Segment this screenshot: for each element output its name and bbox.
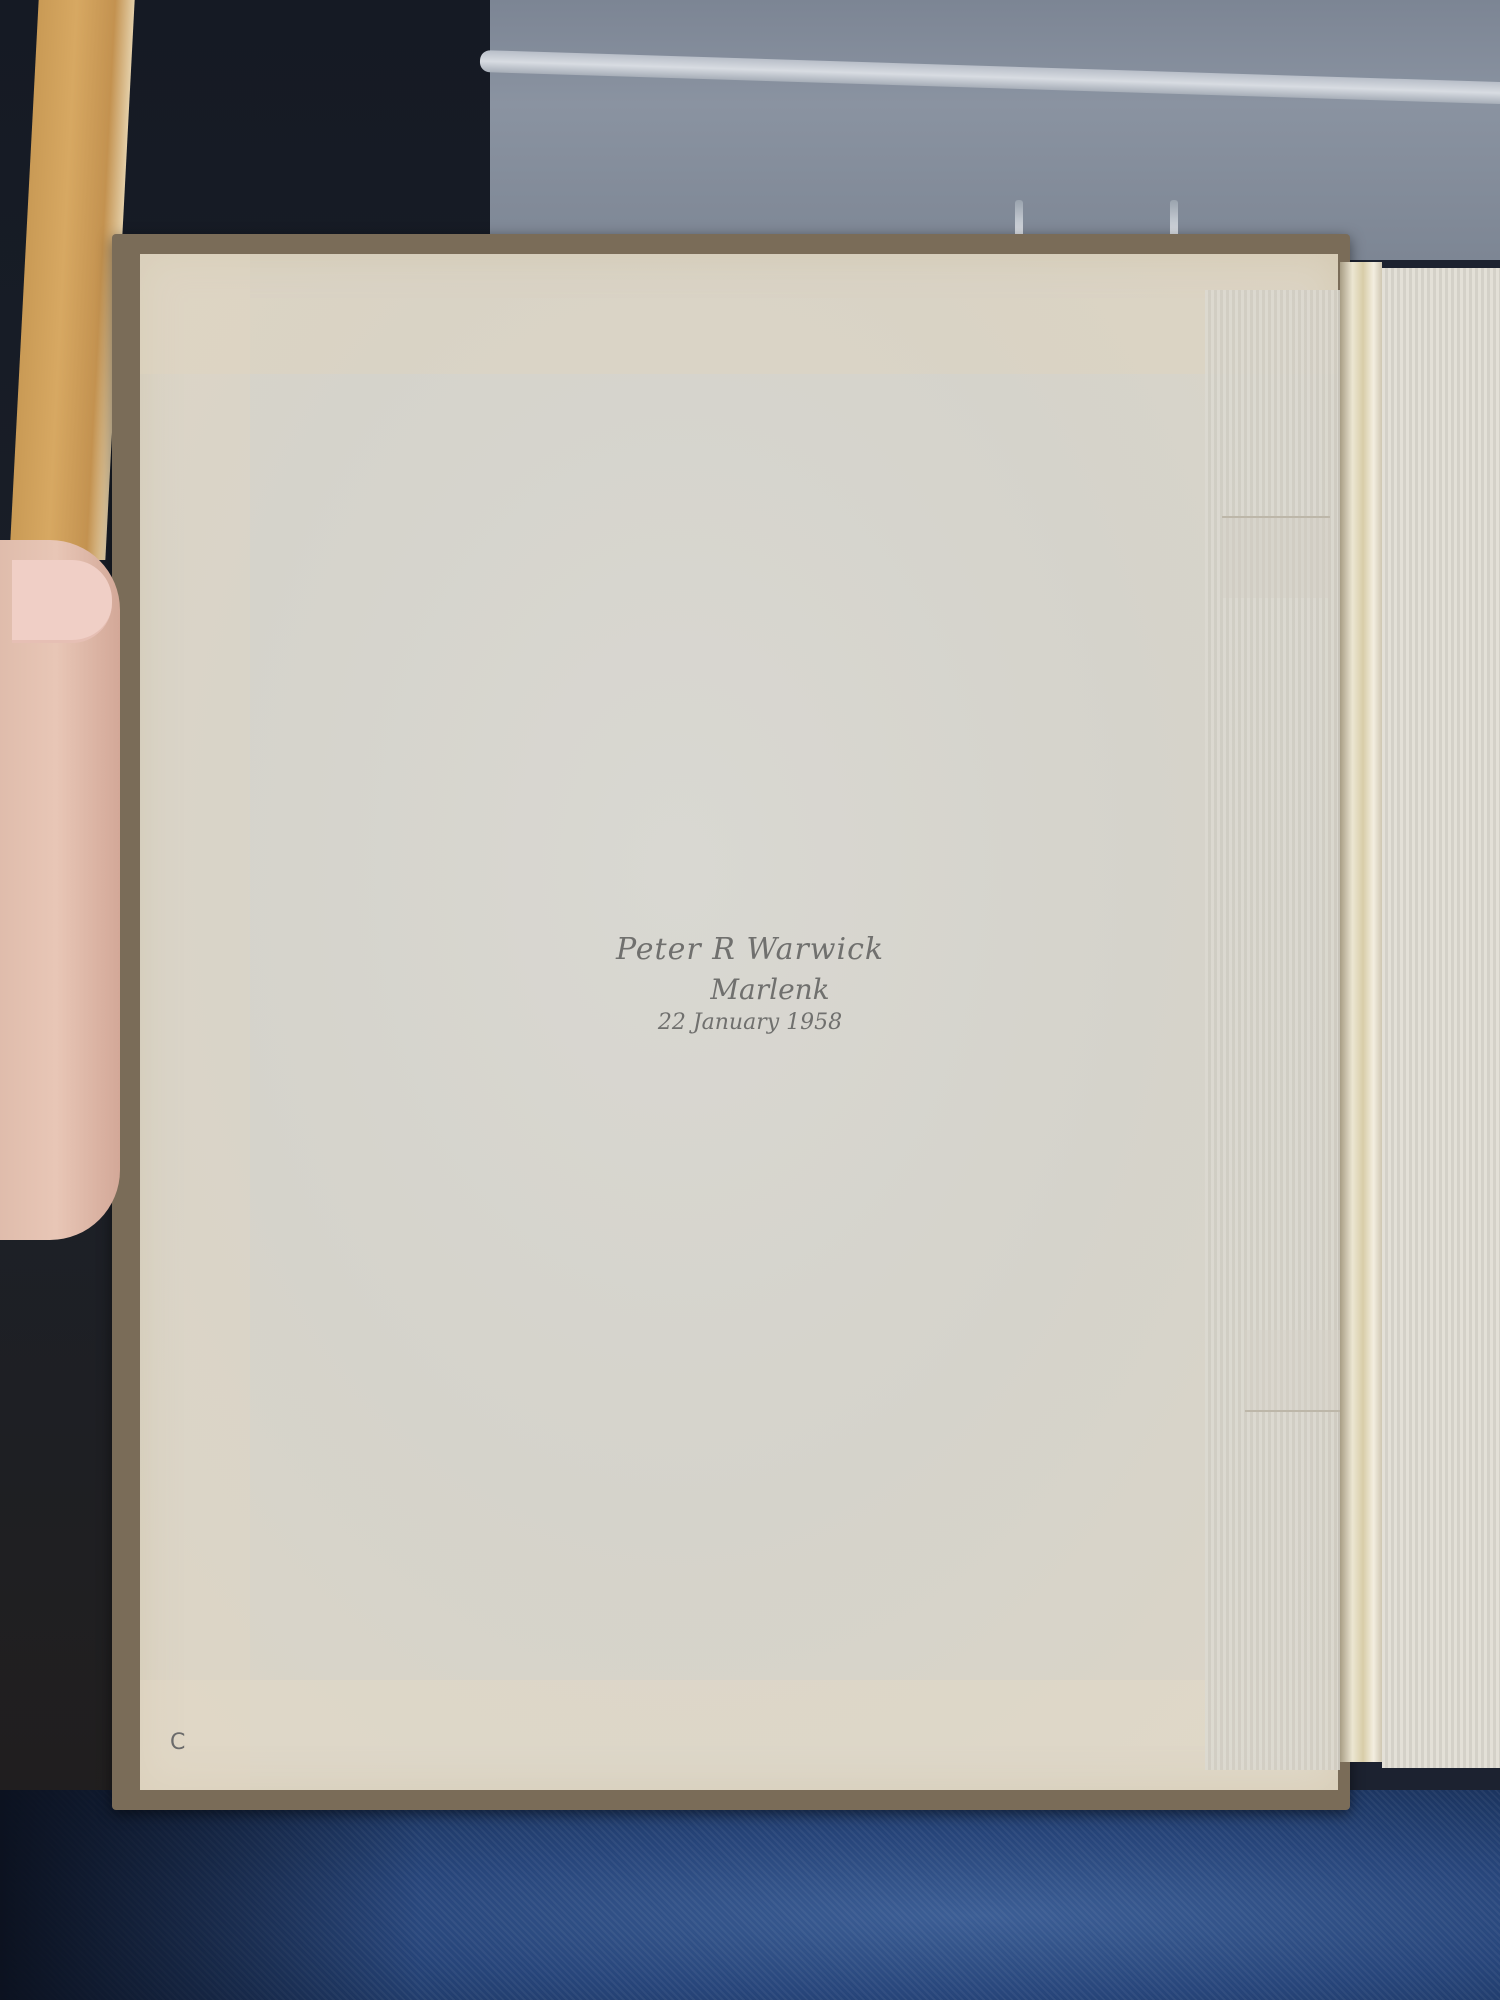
- inscription-date: 22 January 1958: [600, 1008, 900, 1038]
- book-gutter: [1340, 262, 1382, 1762]
- book-hinge: [1205, 290, 1340, 1770]
- inscription-place: Marlenk: [600, 971, 900, 1009]
- pencil-inscription: Peter R Warwick Marlenk 22 January 1958: [600, 930, 900, 1038]
- thumbnail-nail: [12, 560, 112, 643]
- grey-wall-background: [490, 0, 1500, 260]
- corner-pencil-mark: C: [170, 1730, 185, 1755]
- thumb: [0, 540, 120, 1240]
- hinge-tab-bottom: [1245, 1330, 1355, 1412]
- denim-shadow: [0, 1790, 420, 2000]
- hinge-tab-top: [1222, 516, 1330, 598]
- inscription-name: Peter R Warwick: [600, 930, 900, 971]
- facing-page: [1382, 268, 1500, 1768]
